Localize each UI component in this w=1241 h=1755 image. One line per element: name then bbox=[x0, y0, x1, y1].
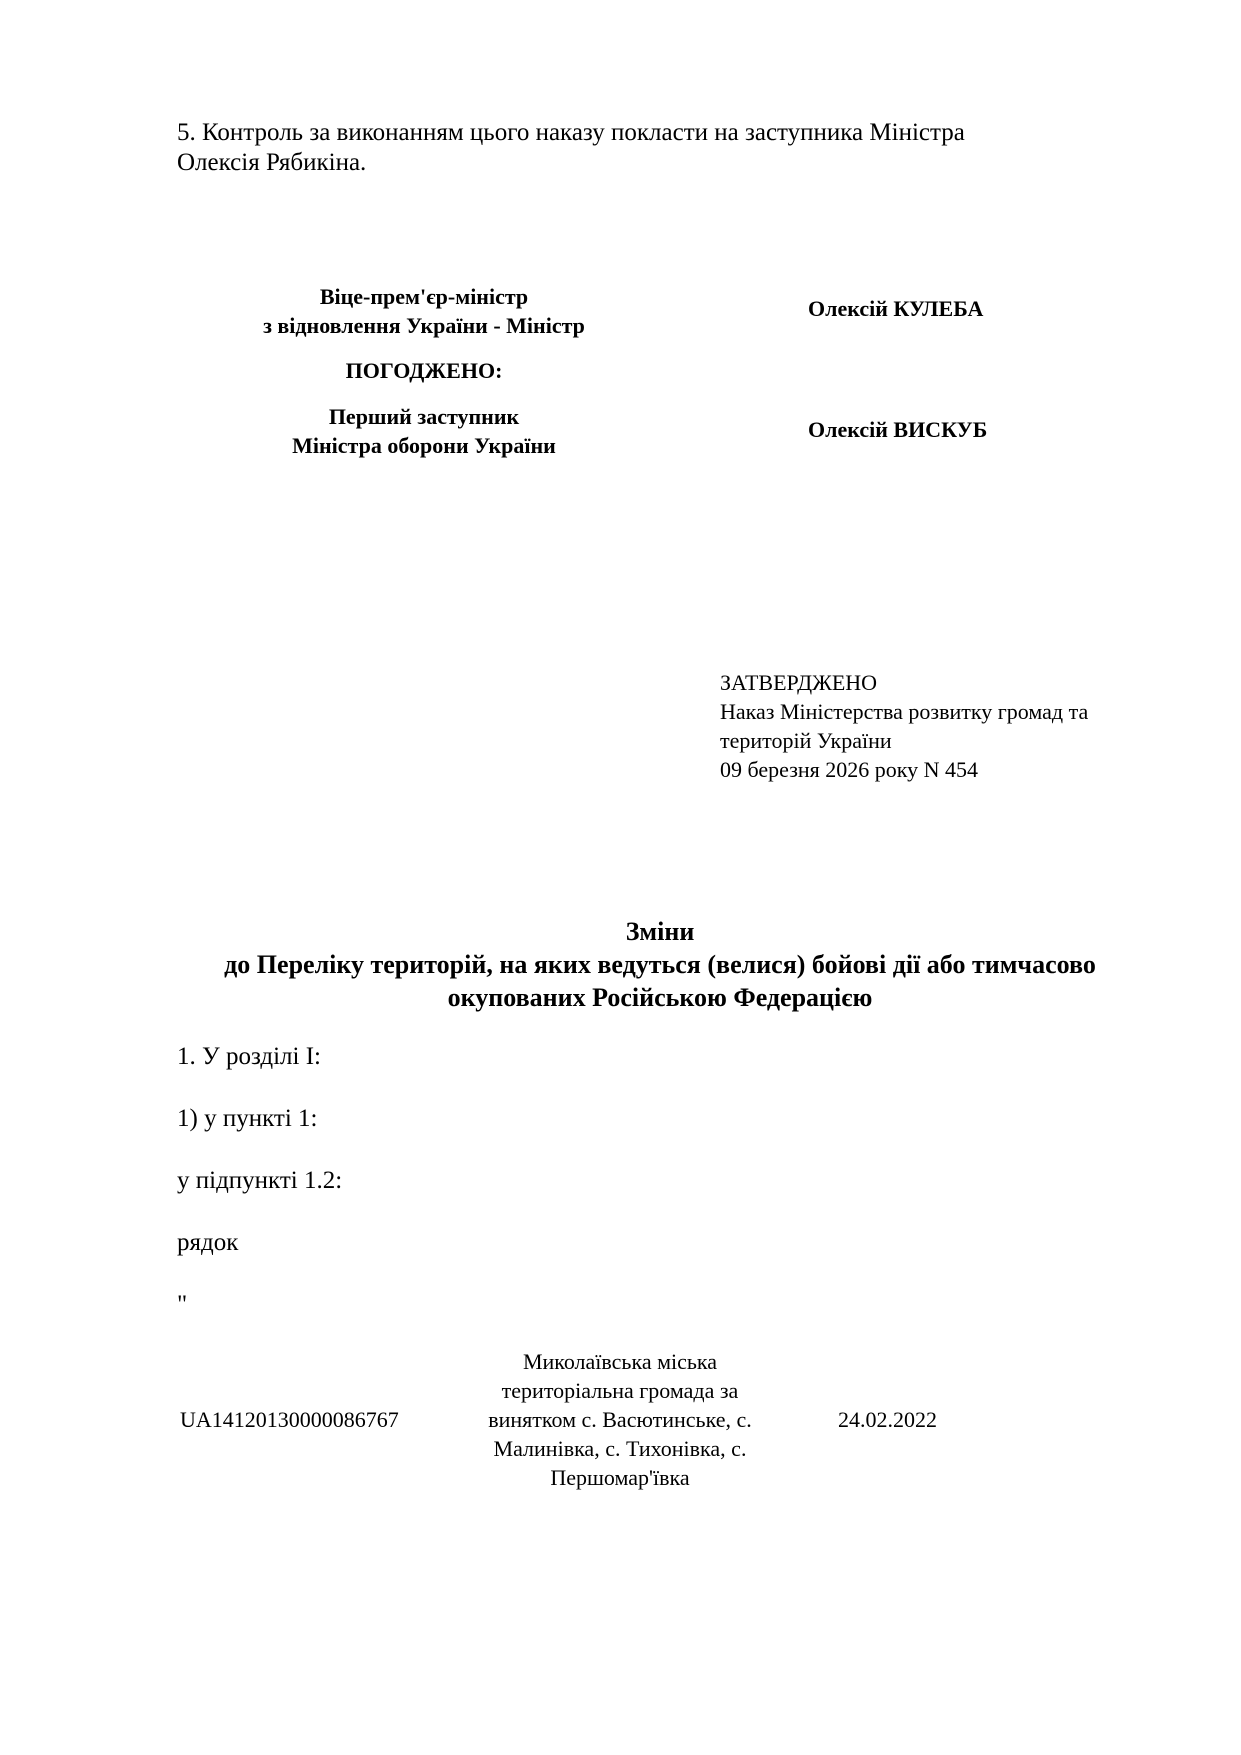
minister-title: Віце-прем'єр-міністр з відновлення Украї… bbox=[184, 282, 664, 340]
document-title: Зміни до Переліку територій, на яких вед… bbox=[170, 915, 1150, 1014]
paragraph-5-line2: Олексія Рябикіна. bbox=[177, 148, 965, 178]
title-line1: Зміни bbox=[170, 915, 1150, 948]
territory-name: Миколаївська міська територіальна громад… bbox=[460, 1347, 780, 1492]
approval-block: ЗАТВЕРДЖЕНО Наказ Міністерства розвитку … bbox=[720, 668, 1088, 784]
territory-name-line: Миколаївська міська bbox=[460, 1347, 780, 1376]
row-word: рядок bbox=[177, 1228, 238, 1258]
territory-name-line: винятком с. Васютинське, с. bbox=[460, 1405, 780, 1434]
item-heading: 1) у пункті 1: bbox=[177, 1104, 317, 1134]
deputy-title-line1: Перший заступник bbox=[184, 402, 664, 431]
territory-name-line: Малинівка, с. Тихонівка, с. bbox=[460, 1434, 780, 1463]
agreed-label: ПОГОДЖЕНО: bbox=[184, 356, 664, 385]
paragraph-5-line1: 5. Контроль за виконанням цього наказу п… bbox=[177, 118, 965, 148]
territory-name-line: Першомар'ївка bbox=[460, 1463, 780, 1492]
territory-name-line: територіальна громада за bbox=[460, 1376, 780, 1405]
paragraph-5: 5. Контроль за виконанням цього наказу п… bbox=[177, 118, 965, 178]
quote-mark: " bbox=[177, 1290, 187, 1320]
minister-title-line1: Віце-прем'єр-міністр bbox=[184, 282, 664, 311]
minister-name: Олексій КУЛЕБА bbox=[808, 296, 983, 322]
territory-code: UA14120130000086767 bbox=[180, 1405, 399, 1434]
title-line3: окупованих Російською Федерацією bbox=[170, 981, 1150, 1014]
minister-title-line2: з відновлення України - Міністр bbox=[184, 311, 664, 340]
approval-heading: ЗАТВЕРДЖЕНО bbox=[720, 668, 1088, 697]
deputy-title: Перший заступник Міністра оборони Україн… bbox=[184, 402, 664, 460]
approval-line3: територій України bbox=[720, 726, 1088, 755]
subitem-heading: у підпункті 1.2: bbox=[177, 1166, 342, 1196]
deputy-title-line2: Міністра оборони України bbox=[184, 431, 664, 460]
approval-line2: Наказ Міністерства розвитку громад та bbox=[720, 697, 1088, 726]
deputy-name: Олексій ВИСКУБ bbox=[808, 417, 987, 443]
start-date: 24.02.2022 bbox=[838, 1405, 937, 1434]
section-heading: 1. У розділі I: bbox=[177, 1042, 321, 1072]
title-line2: до Переліку територій, на яких ведуться … bbox=[170, 948, 1150, 981]
approval-date-number: 09 березня 2026 року N 454 bbox=[720, 755, 1088, 784]
